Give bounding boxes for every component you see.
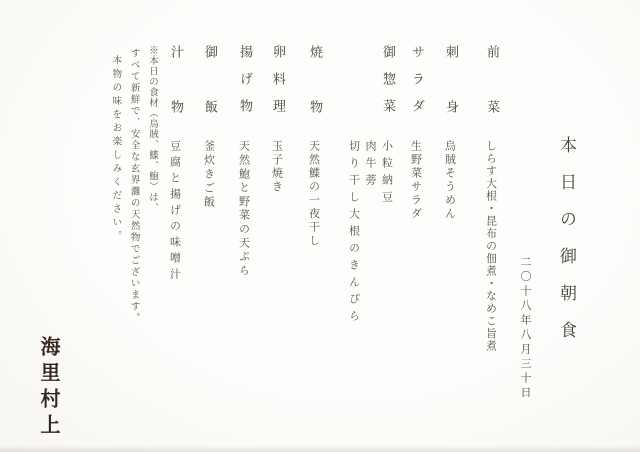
page-title: 本日の御朝食	[556, 136, 576, 358]
footnote-line: すべて新鮮で、安全な玄界灘の天然物でございます。	[127, 48, 139, 380]
footnote-line: ※本日の食材（烏賊、鰈、鮑）は、	[146, 45, 158, 380]
menu-section-salad: サラダ 生野菜サラダ	[409, 45, 425, 437]
section-header: 刺身	[443, 45, 458, 155]
menu-item: 釜炊きご飯	[201, 140, 216, 210]
menu-item: 小粒納豆	[379, 140, 394, 327]
menu-item: 天然鮑と野菜の天ぷら	[236, 140, 251, 278]
section-header: 卵料理	[270, 45, 285, 126]
restaurant-signature: 海里村上	[37, 336, 58, 440]
menu-item: 豆腐と揚げの味噌汁	[167, 140, 182, 284]
section-header: サラダ	[409, 45, 424, 126]
menu-item: 烏賊そうめん	[442, 140, 457, 221]
menu-item: しらす大根・昆布の佃煮・なめこ旨煮	[483, 140, 498, 353]
menu-section-sozai: 御惣菜 小粒納豆 肉牛蒡 切り干し大根のきんぴら	[380, 45, 396, 437]
footnote: ※本日の食材（烏賊、鰈、鮑）は、 すべて新鮮で、安全な玄界灘の天然物でございます…	[109, 40, 158, 380]
menu-page: 本日の御朝食 二〇十八年八月三十日 前菜 しらす大根・昆布の佃煮・なめこ旨煮 刺…	[0, 0, 640, 452]
section-header: 揚げ物	[237, 45, 252, 126]
menu-section-sashimi: 刺身 烏賊そうめん	[443, 45, 459, 437]
menu-section-gohan: 御飯 釜炊きご飯	[202, 45, 218, 437]
footnote-line: 本物の味をお楽しみください。	[109, 55, 121, 380]
menu-date: 二〇十八年八月三十日	[518, 256, 531, 401]
section-header: 焼物	[307, 45, 322, 155]
menu-section-tamago: 卵料理 玉子焼き	[270, 45, 286, 437]
section-header: 前菜	[484, 45, 499, 155]
section-header: 御飯	[202, 45, 217, 155]
menu-item: 天然鰈の一夜干し	[306, 140, 321, 248]
menu-item: 切り干し大根のきんぴら	[346, 140, 361, 327]
menu-item: 肉牛蒡	[362, 140, 377, 327]
menu-section-agemono: 揚げ物 天然鮑と野菜の天ぷら	[237, 45, 253, 437]
menu-section-shirumono: 汁物 豆腐と揚げの味噌汁	[168, 45, 184, 437]
section-header: 汁物	[168, 45, 183, 155]
menu-item: 玉子焼き	[269, 140, 284, 194]
scan-edge-shadow	[0, 445, 640, 452]
menu-section-yakimono: 焼物 天然鰈の一夜干し	[307, 45, 323, 437]
menu-item: 生野菜サラダ	[408, 140, 423, 221]
section-header: 御惣菜	[380, 45, 395, 126]
menu-section-zensai: 前菜 しらす大根・昆布の佃煮・なめこ旨煮	[484, 45, 500, 437]
